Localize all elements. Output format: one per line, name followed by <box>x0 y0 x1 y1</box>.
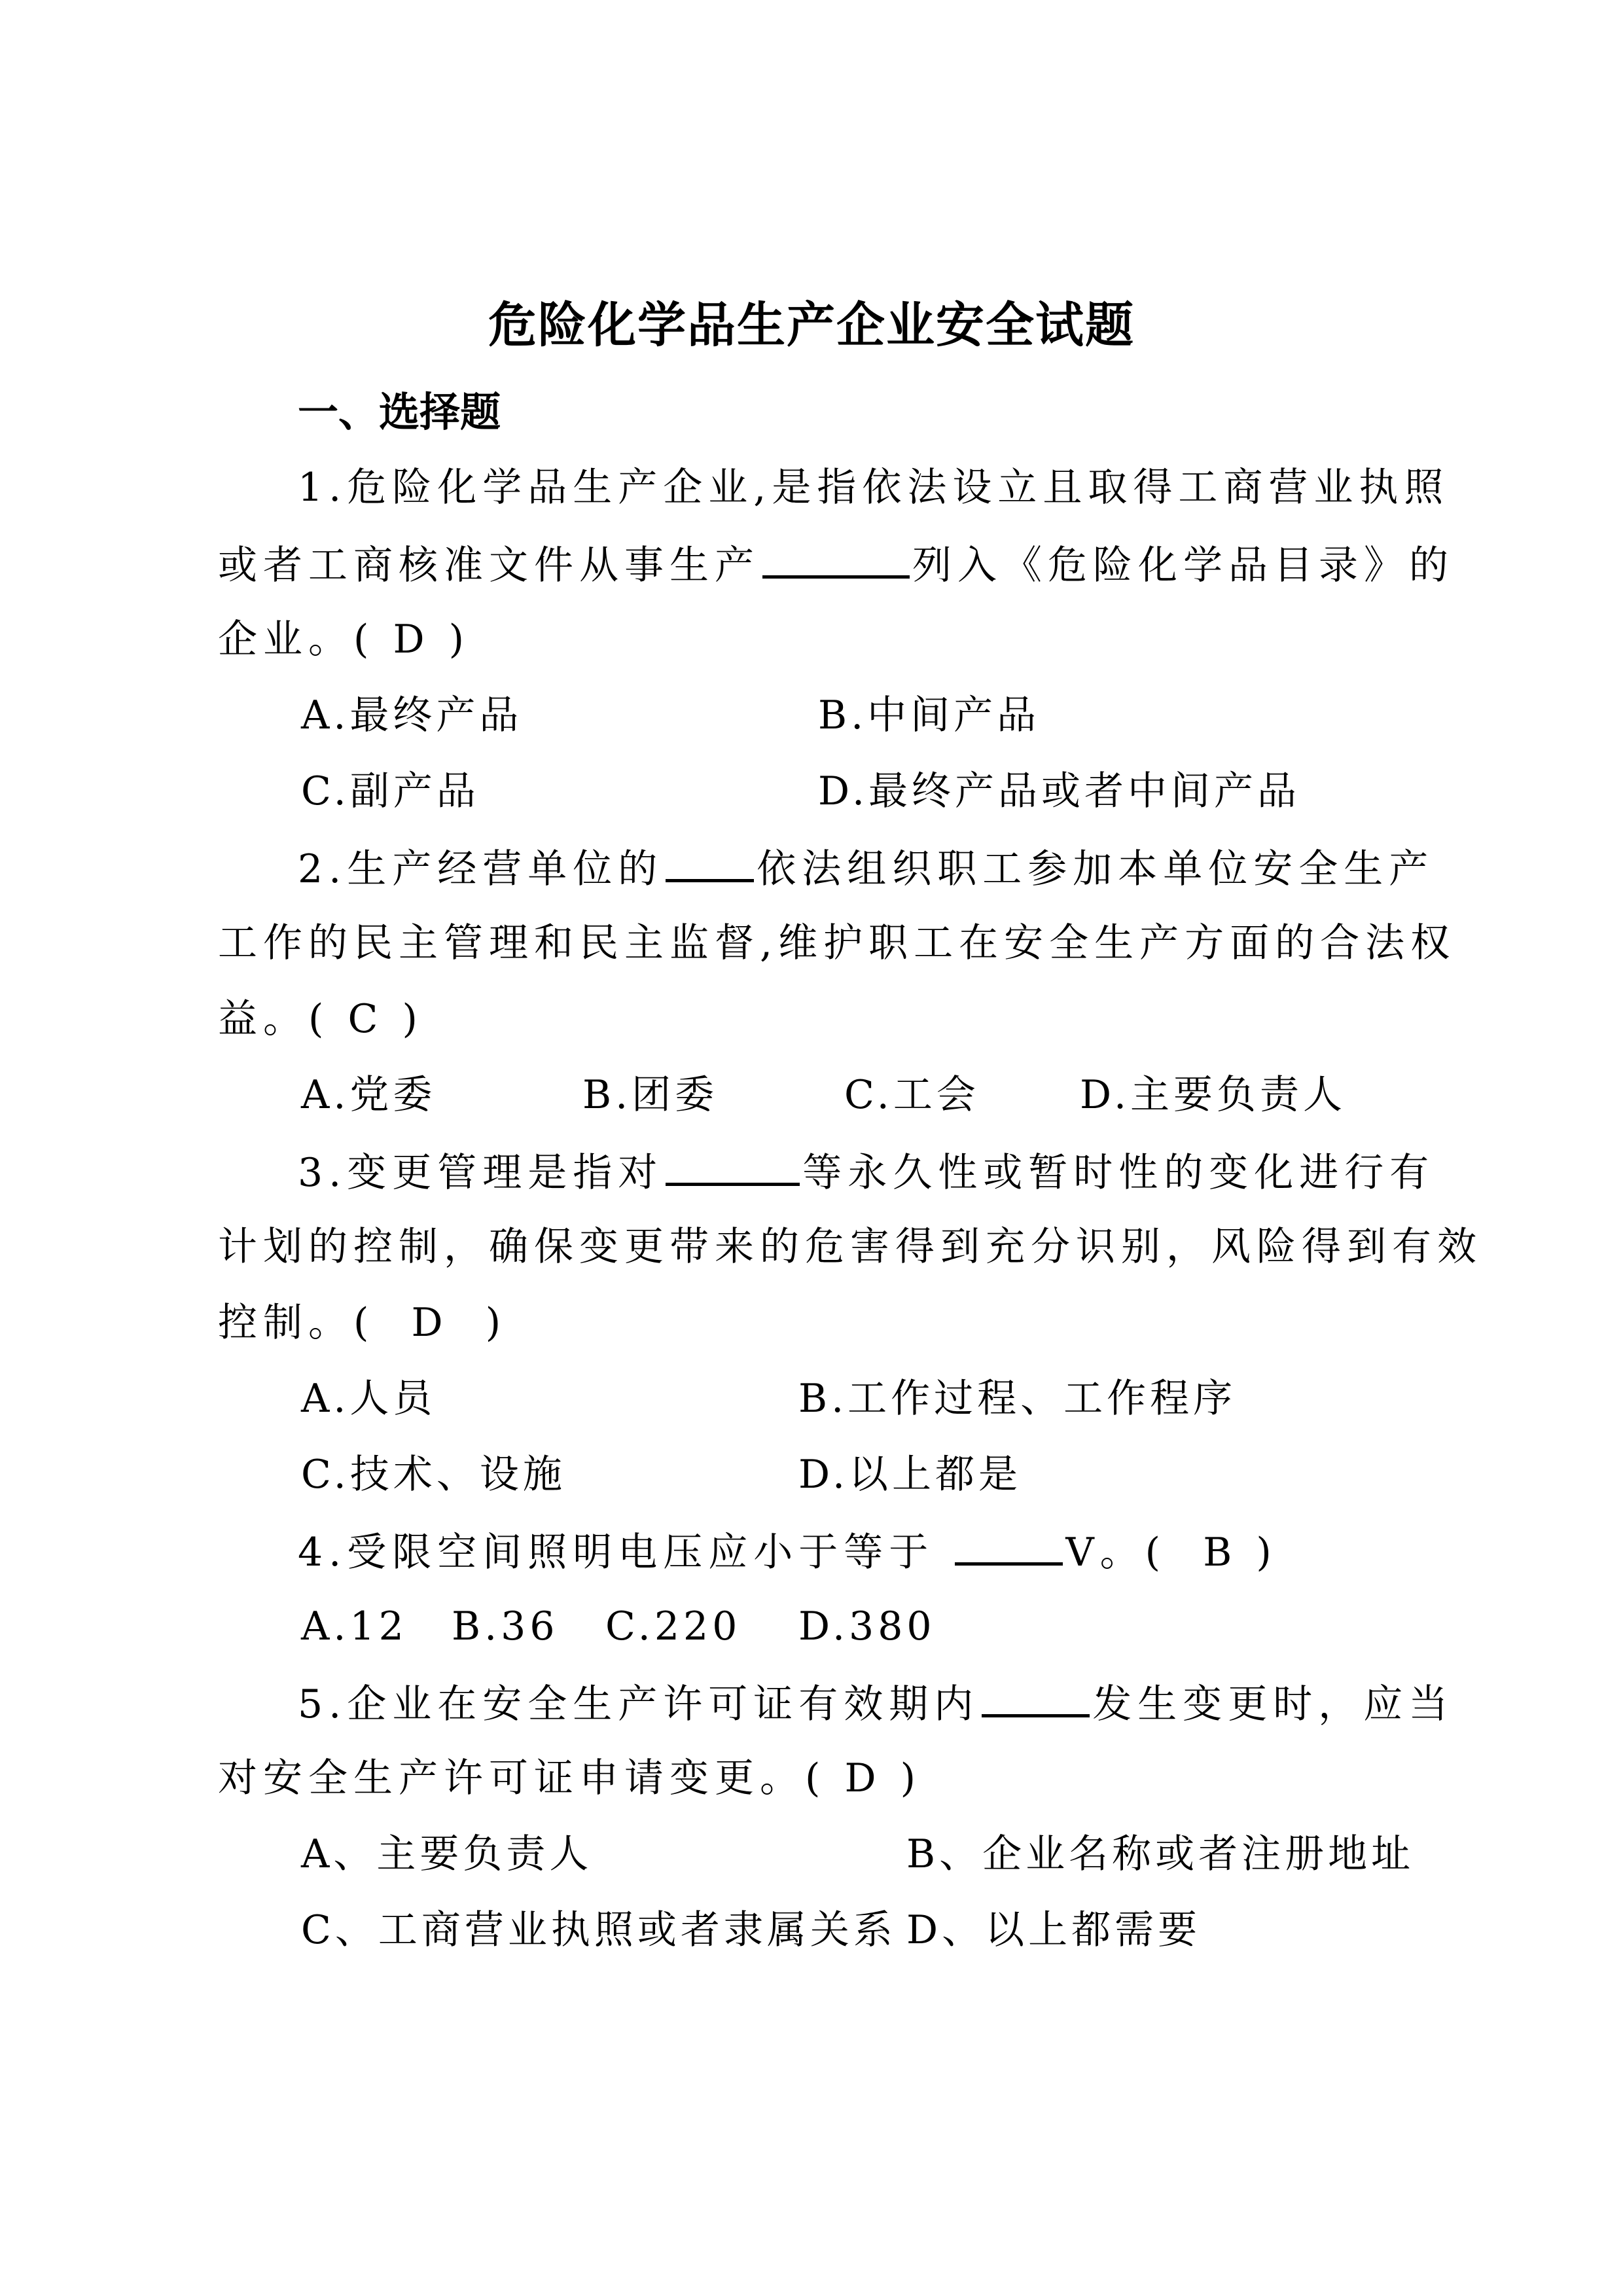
question-2-option-a: A.党委 <box>301 1069 436 1121</box>
question-3-line-2: 计划的控制，确保变更带来的危害得到充分识别，风险得到有效 <box>218 1221 1482 1273</box>
question-3-option-b: B.工作过程、工作程序 <box>798 1372 1236 1425</box>
question-5-line-1: 5.企业在安全生产许可证有效期内发生变更时，应当 <box>298 1676 1454 1731</box>
question-4-line-1: 4.受限空间照明电压应小于等于 V。( B ) <box>298 1524 1277 1579</box>
question-1-option-d: D.最终产品或者中间产品 <box>818 765 1300 817</box>
question-2-option-b: B.团委 <box>582 1069 718 1121</box>
question-3-text-b: 等永久性或暂时性的变化进行有 <box>802 1150 1435 1196</box>
question-5-option-d: D、以上都需要 <box>906 1904 1201 1956</box>
question-5-blank <box>982 1676 1090 1717</box>
question-5-option-a: A、主要负责人 <box>301 1828 592 1880</box>
question-2-text-b: 依法组织职工参加本单位安全生产 <box>757 846 1434 892</box>
question-2-line-3: 益。( C ) <box>218 993 423 1045</box>
question-1-text-a: 或者工商核准文件从事生产 <box>218 543 760 588</box>
question-2-line-2: 工作的民主管理和民主监督,维护职工在安全生产方面的合法权 <box>218 917 1455 969</box>
question-1-option-a: A.最终产品 <box>301 689 522 742</box>
question-1-text-b: 列入《危险化学品目录》的 <box>912 543 1454 588</box>
question-1-line-3: 企业。( D ) <box>218 613 470 666</box>
question-2-text-a: 2.生产经营单位的 <box>298 846 663 892</box>
question-4-text-b: V。( B ) <box>1065 1530 1277 1575</box>
question-3-line-3: 控制。( D ) <box>218 1297 507 1349</box>
question-3-option-c: C.技术、设施 <box>301 1448 566 1501</box>
question-4-text-a: 4.受限空间照明电压应小于等于 <box>298 1530 952 1575</box>
question-4-option-d: D.380 <box>798 1600 936 1653</box>
question-1-option-b: B.中间产品 <box>818 689 1040 742</box>
question-5-text-b: 发生变更时，应当 <box>1092 1681 1454 1727</box>
section-heading: 一、选择题 <box>298 386 501 439</box>
question-1-line-2: 或者工商核准文件从事生产列入《危险化学品目录》的 <box>218 537 1454 592</box>
page-title: 危险化学品生产企业安全试题 <box>0 296 1623 355</box>
document-page: 危险化学品生产企业安全试题 一、选择题 1.危险化学品生产企业,是指依法设立且取… <box>0 0 1623 2296</box>
question-4-option-b: B.36 <box>452 1600 559 1653</box>
question-2-blank <box>666 841 754 882</box>
question-4-option-a: A.12 <box>301 1600 408 1653</box>
question-5-option-b: B、企业名称或者注册地址 <box>906 1828 1414 1880</box>
question-3-text-a: 3.变更管理是指对 <box>298 1150 663 1196</box>
question-2-option-c: C.工会 <box>844 1069 980 1121</box>
question-3-line-1: 3.变更管理是指对等永久性或暂时性的变化进行有 <box>298 1145 1435 1199</box>
question-4-option-c: C.220 <box>605 1600 741 1653</box>
question-3-option-a: A.人员 <box>301 1372 436 1425</box>
question-3-option-d: D.以上都是 <box>798 1448 1022 1501</box>
question-5-text-a: 5.企业在安全生产许可证有效期内 <box>298 1681 979 1727</box>
question-2-option-d: D.主要负责人 <box>1080 1069 1346 1121</box>
question-3-blank <box>666 1145 800 1186</box>
question-1-option-c: C.副产品 <box>301 765 480 817</box>
question-1-blank <box>762 537 910 579</box>
question-1-line-1: 1.危险化学品生产企业,是指依法设立且取得工商营业执照 <box>298 461 1449 514</box>
question-2-line-1: 2.生产经营单位的依法组织职工参加本单位安全生产 <box>298 841 1434 895</box>
question-5-option-c: C、工商营业执照或者隶属关系 <box>301 1904 897 1956</box>
question-5-line-2: 对安全生产许可证申请变更。( D ) <box>218 1752 921 1804</box>
question-4-blank <box>955 1524 1063 1566</box>
